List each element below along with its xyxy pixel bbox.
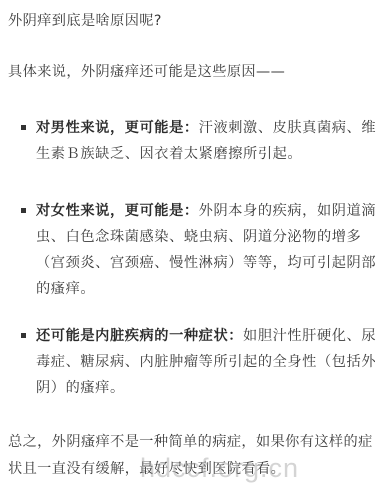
square-bullet-icon — [21, 333, 26, 338]
list-item-lead: 对男性来说，更可能是： — [36, 120, 199, 136]
list-item-male: 对男性来说，更可能是：汗液刺激、皮肤真菌病、维生素Ｂ族缺乏、因衣着太紧磨擦所引起… — [36, 115, 383, 167]
list-item-lead: 对女性来说，更可能是： — [36, 203, 199, 219]
square-bullet-icon — [21, 208, 26, 213]
question-heading: 外阴痒到底是啥原因呢? — [8, 9, 383, 34]
list-item-lead: 还可能是内脏疾病的一种症状： — [36, 328, 243, 344]
list-item-internal: 还可能是内脏疾病的一种症状：如胆汁性肝硬化、尿毒症、糖尿病、内脏肿瘤等所引起的全… — [36, 323, 383, 401]
square-bullet-icon — [21, 125, 26, 130]
list-item-female: 对女性来说，更可能是：外阴本身的疾病，如阴道滴虫、白色念珠菌感染、蛲虫病、阴道分… — [36, 198, 383, 302]
intro-text: 具体来说，外阴瘙痒还可能是这些原因—— — [8, 60, 383, 85]
conclusion-text: 总之，外阴瘙痒不是一种简单的病症，如果你有这样的症状且一直没有缓解，最好尽快到医… — [8, 429, 383, 483]
